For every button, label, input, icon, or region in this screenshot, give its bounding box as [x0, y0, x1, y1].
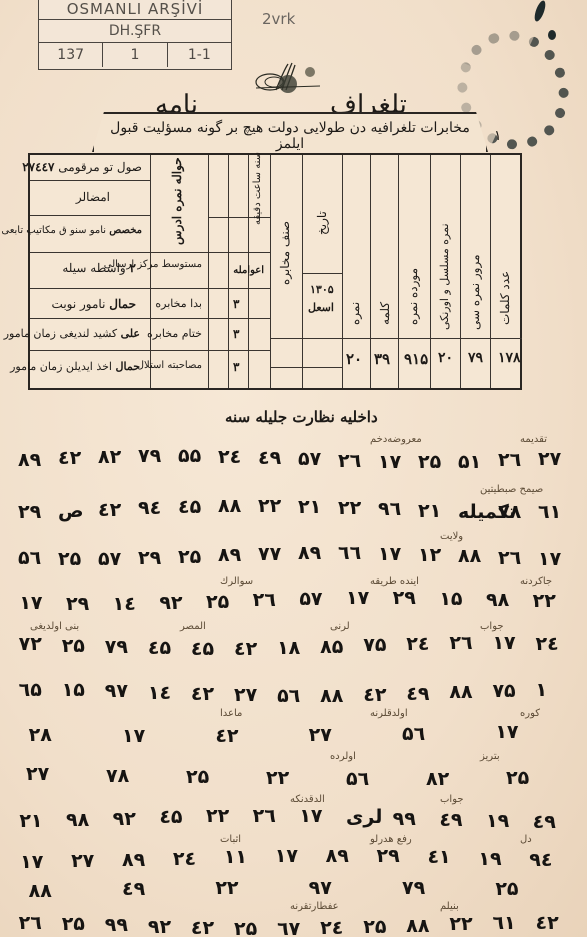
marginal-annotation: اولد‌قلرنه	[370, 708, 408, 719]
cipher-group: ۷۷	[258, 543, 281, 565]
cipher-group: ٤۲	[234, 638, 257, 660]
marginal-annotation: ولايت	[440, 531, 463, 542]
cipher-group: ۱۸	[277, 637, 300, 659]
cipher-group: ٦۱	[538, 501, 561, 523]
cipher-group: ۹۲	[159, 592, 182, 614]
cipher-group: ۷۲	[19, 633, 42, 655]
cipher-group: ۱٤	[148, 682, 171, 704]
cipher-group: ۹۹	[393, 808, 416, 830]
form-mid-center-value: اعوامله	[233, 265, 264, 276]
cipher-group: ۲۹	[138, 547, 161, 569]
cipher-group: ۵٦	[402, 723, 425, 745]
cipher-group: ۱٤	[113, 593, 136, 615]
cipher-group: ۱۷	[378, 451, 401, 473]
marginal-annotation: بتريز	[480, 751, 500, 762]
archive-cell-folder: 1	[102, 43, 166, 67]
cipher-group: ۱۷	[495, 721, 518, 743]
cipher-group: ۲٦	[253, 589, 276, 611]
cipher-group: ۸۸	[406, 915, 429, 937]
cipher-group: ۸۸	[29, 880, 52, 902]
cipher-group: ۲۱	[418, 500, 441, 522]
cipher-group: ۸۸	[320, 685, 343, 707]
marginal-annotation: ماعدا	[220, 708, 242, 719]
cipher-group: ۲۱	[19, 810, 42, 832]
marginal-annotation: عفطارتقرنه	[290, 901, 339, 912]
addressee-heading: داخليه نظارت جليله سنه	[225, 408, 378, 426]
cipher-group: لرى	[346, 806, 382, 828]
cipher-group: ۲٤	[406, 633, 429, 655]
cipher-group: ۱۷	[378, 543, 401, 565]
cipher-group: ۹٤	[138, 497, 161, 519]
form-mid-start: بدا مخابره	[155, 297, 202, 310]
cipher-group: ۷۵	[492, 680, 515, 702]
ink-mark	[548, 30, 556, 40]
cipher-group: ۱۷	[19, 592, 42, 614]
cipher-group: ۲۸	[29, 724, 52, 746]
col-header-type: صنف مخابره	[278, 175, 292, 285]
cipher-group: ۱۹	[478, 848, 501, 870]
cipher-group: ٤۲	[191, 683, 214, 705]
marginal-annotation: جواب	[440, 794, 464, 805]
form-mid-value: ۳	[233, 297, 239, 311]
cipher-group: ۱	[536, 679, 548, 701]
marginal-annotation: بنيلم	[440, 901, 459, 912]
marginal-annotation: جاكردنه	[520, 576, 552, 587]
form-mid-value: ۳	[233, 360, 239, 374]
cipher-group: ۲۵	[495, 878, 518, 900]
value-word-count: ۱۷۸	[498, 350, 521, 366]
cipher-group: ٤۲	[58, 447, 81, 469]
margin-mark: ۱	[494, 128, 502, 144]
cipher-group: ۸۲	[98, 446, 121, 468]
cipher-group: ۲٦	[498, 449, 521, 471]
cipher-group: ۷۹	[105, 636, 128, 658]
cipher-group: ۲۲	[266, 767, 289, 789]
cipher-group: ٤۹	[258, 447, 281, 469]
marginal-annotation: اثبات	[220, 834, 241, 845]
cipher-group: ۲۹	[66, 593, 89, 615]
disclaimer-text: مخابرات تلغرافيه دن طولايى دولت هيچ بر گ…	[105, 120, 475, 152]
cipher-group: ۲٤	[218, 446, 241, 468]
cipher-group: ۲۹	[393, 587, 416, 609]
col-header-words: كلمه	[378, 265, 392, 325]
cipher-group: ۱۵	[439, 588, 462, 610]
cipher-group: ٤۲	[536, 912, 559, 934]
form-row-signatures: امضالر	[76, 190, 110, 204]
col-header-number: نمره	[348, 255, 362, 325]
date-year: ۱۳۰۵	[310, 283, 334, 296]
cipher-group: ۲۵	[506, 767, 529, 789]
form-row-number: صول تو مرقومى ٢٧٤٤٧	[22, 160, 142, 174]
marginal-annotation: صيمح صبطيتين	[480, 484, 543, 495]
cipher-group: ۵۷	[298, 448, 321, 470]
cipher-group: ۹۲	[148, 916, 171, 937]
cipher-group: ۲۲	[533, 590, 556, 612]
cipher-group: ۹٤	[529, 849, 552, 871]
cipher-group: ۲٦	[338, 450, 361, 472]
cipher-group: ۱۹	[486, 810, 509, 832]
cipher-group: ۲۵	[58, 548, 81, 570]
cipher-group: ۲۵	[62, 635, 85, 657]
cipher-group: ۲۱	[298, 496, 321, 518]
value-transit: ۷۹	[468, 350, 483, 366]
cipher-group: ۱۷	[122, 725, 145, 747]
cipher-group: ۲۹	[377, 845, 400, 867]
marginal-annotation: جواب	[480, 621, 504, 632]
archive-institution: OSMANLI ARŞİVİ	[39, 0, 231, 20]
cipher-group: ٦٦	[338, 542, 361, 564]
cipher-group: ٤۵	[178, 496, 201, 518]
marginal-annotation: دل	[520, 834, 532, 845]
cipher-group: ۱۱	[224, 846, 247, 868]
cipher-group: ۵٦	[277, 685, 300, 707]
cipher-group: ۸۹	[218, 544, 241, 566]
archive-collection: DH.ŞFR	[39, 20, 231, 43]
cipher-group: ۹۲	[113, 808, 136, 830]
cipher-group: ٤۲	[215, 725, 238, 747]
cipher-group: ۲۲	[215, 877, 238, 899]
cipher-group: ۸۹	[18, 449, 41, 471]
col-header-arrival-number: مورده نمره	[406, 255, 420, 325]
cipher-group: ۱۷	[492, 632, 515, 654]
cipher-group: ۲۷	[26, 763, 49, 785]
cipher-group: ۷۸	[106, 765, 129, 787]
cipher-group: ۲۵	[206, 591, 229, 613]
marginal-annotation: اولرده	[330, 751, 356, 762]
marginal-annotation: لرنى	[330, 621, 350, 632]
cipher-group: ٤۲	[98, 499, 121, 521]
cipher-group: ۹۷	[309, 877, 332, 899]
value-serial: ۲۰	[438, 350, 453, 366]
cipher-group: ۹۷	[105, 680, 128, 702]
cipher-group: ۹۹	[105, 914, 128, 936]
marginal-annotation: المصر	[180, 621, 206, 632]
cipher-group: ٤۹	[122, 878, 145, 900]
cipher-group: ۲۵	[62, 913, 85, 935]
marginal-annotation: سوالرك	[220, 576, 253, 587]
cipher-group: ۲۵	[363, 916, 386, 937]
cipher-group: ۵٦	[346, 768, 369, 790]
cipher-group: ۵۱	[458, 451, 481, 473]
cipher-group: ۵۵	[178, 445, 201, 467]
cipher-group: ص	[58, 500, 84, 522]
cipher-group: ٤۹	[439, 809, 462, 831]
cipher-group: ۲٦	[498, 547, 521, 569]
col-header-word-count: عدد كلمات	[498, 215, 512, 325]
marginal-annotation: كوره	[520, 708, 540, 719]
form-row-mailbox: مخصص نامو سنو ق مكاتيب تابعى	[1, 225, 142, 236]
col-header-date: تاريخ	[315, 175, 329, 235]
cipher-group: ۲۵	[178, 546, 201, 568]
marginal-annotation: رفع هدرلو	[370, 834, 412, 845]
cipher-group: ۷۵	[363, 634, 386, 656]
cipher-group: ۱۵	[62, 679, 85, 701]
cipher-group: ۷۹	[402, 877, 425, 899]
cipher-group: ۱۷	[538, 548, 561, 570]
cipher-group: ٤۹	[533, 811, 556, 833]
cipher-group: ٤۹	[406, 683, 429, 705]
cipher-group: ٤۱	[427, 846, 450, 868]
cipher-group: ۲۷	[234, 684, 257, 706]
marginal-annotation: بنى اولديغى	[30, 621, 79, 632]
col-header-serial-number: نمره مسلسل و اورنكى	[438, 215, 451, 330]
cipher-group: ۲٦	[449, 632, 472, 654]
marginal-annotation: تقديمه	[520, 434, 547, 445]
cipher-group: ۲۹	[18, 501, 41, 523]
cipher-group: ۲۵	[418, 451, 441, 473]
form-row-receiving-officer: حمال اخذ ايديلن زمان مامور	[10, 360, 140, 373]
archive-stamp: OSMANLI ARŞİVİ DH.ŞFR 137 1 1-1	[38, 0, 232, 70]
marginal-annotation: الدقدنكه	[290, 794, 325, 805]
cipher-group: ۲٦	[253, 805, 276, 827]
cipher-group: ۲٤	[173, 848, 196, 870]
date-month: اسعل	[308, 301, 334, 314]
cipher-group: ۸۸	[449, 681, 472, 703]
cipher-group: ٤۵	[191, 638, 214, 660]
cipher-group: ۲٤	[320, 917, 343, 937]
cipher-group: ۱۲	[418, 544, 441, 566]
cipher-group: ۵٦	[18, 547, 41, 569]
cipher-group: ۷۹	[138, 445, 161, 467]
cipher-group: ۱۷	[275, 845, 298, 867]
tughra-emblem	[248, 60, 328, 96]
cipher-group: ۲٤	[536, 633, 559, 655]
cipher-group: ٤۲	[191, 917, 214, 937]
cipher-group: ۹٦	[378, 498, 401, 520]
form-mid-value: ۳	[233, 327, 239, 341]
cipher-group: ۲۲	[449, 913, 472, 935]
cipher-group: تكميله	[458, 501, 516, 523]
cipher-group: ۱۷	[346, 587, 369, 609]
form-vertical-label: حواله نمره ادرس	[170, 165, 184, 245]
telegram-form-table: صول تو مرقومى ٢٧٤٤٧ امضالر مخصص نامو سنو…	[28, 153, 522, 390]
cipher-group: ۸۸	[218, 495, 241, 517]
cipher-group: ٦۵	[19, 679, 42, 701]
cipher-group: ۲۲	[258, 495, 281, 517]
marginal-annotation: معروضه‌دخم	[370, 434, 422, 445]
cipher-group: ٦۷	[277, 918, 300, 937]
cipher-group: ۲۷	[71, 850, 94, 872]
value-arrival: ۹۱۵	[404, 350, 428, 368]
form-row-sending-officer: على كشيد لنديغى زمان مامور	[4, 327, 140, 340]
cipher-group: ۲۲	[338, 497, 361, 519]
cipher-group: ۸۹	[122, 849, 145, 871]
cipher-group: ٤۵	[159, 806, 182, 828]
cipher-group: ٤۵	[148, 637, 171, 659]
form-row-duty-officer: حمال نامور نوبت	[52, 297, 136, 311]
cipher-group: ۸۹	[298, 542, 321, 564]
value-number: ۲۰	[346, 350, 362, 368]
cipher-group: ۱۷	[299, 805, 322, 827]
cipher-group: ٤۲	[363, 684, 386, 706]
cipher-group: ۲٦	[19, 912, 42, 934]
col-header-time: سنه ساعت دقيقه	[252, 165, 263, 225]
cipher-group: ۸۲	[426, 768, 449, 790]
cipher-group: ۱۷	[20, 851, 43, 873]
cipher-group: ۲۷	[309, 724, 332, 746]
value-words: ۳۹	[374, 350, 390, 368]
cipher-group: ۹۸	[66, 809, 89, 831]
cipher-group: ۲۵	[186, 766, 209, 788]
form-mid-end: ختام مخابره	[147, 327, 202, 340]
cipher-group: ۲۵	[234, 918, 257, 937]
form-mid-center: مستوسط مركز ارسالى	[104, 259, 202, 270]
cipher-group: ۵۷	[98, 548, 121, 570]
cipher-group: ۹۸	[486, 589, 509, 611]
marginal-annotation: اينده طريقه	[370, 576, 419, 587]
cipher-group: ۲۷	[538, 448, 561, 470]
cipher-group: ۵۷	[299, 588, 322, 610]
cipher-group: ۸۸	[458, 545, 481, 567]
cipher-group: ۲۲	[206, 805, 229, 827]
cipher-group: ۸۹	[326, 845, 349, 867]
form-mid-duration: مصاحبته استلال	[137, 360, 202, 371]
cipher-group: ۸۵	[320, 636, 343, 658]
archive-cell-page: 1-1	[167, 43, 231, 67]
cipher-group: ٦۱	[492, 912, 515, 934]
archive-cell-dossier: 137	[39, 43, 102, 67]
col-header-transit-number: مرور نمره سى	[468, 235, 482, 330]
ink-mark	[532, 0, 547, 23]
pencil-note: 2vrk	[262, 10, 295, 28]
